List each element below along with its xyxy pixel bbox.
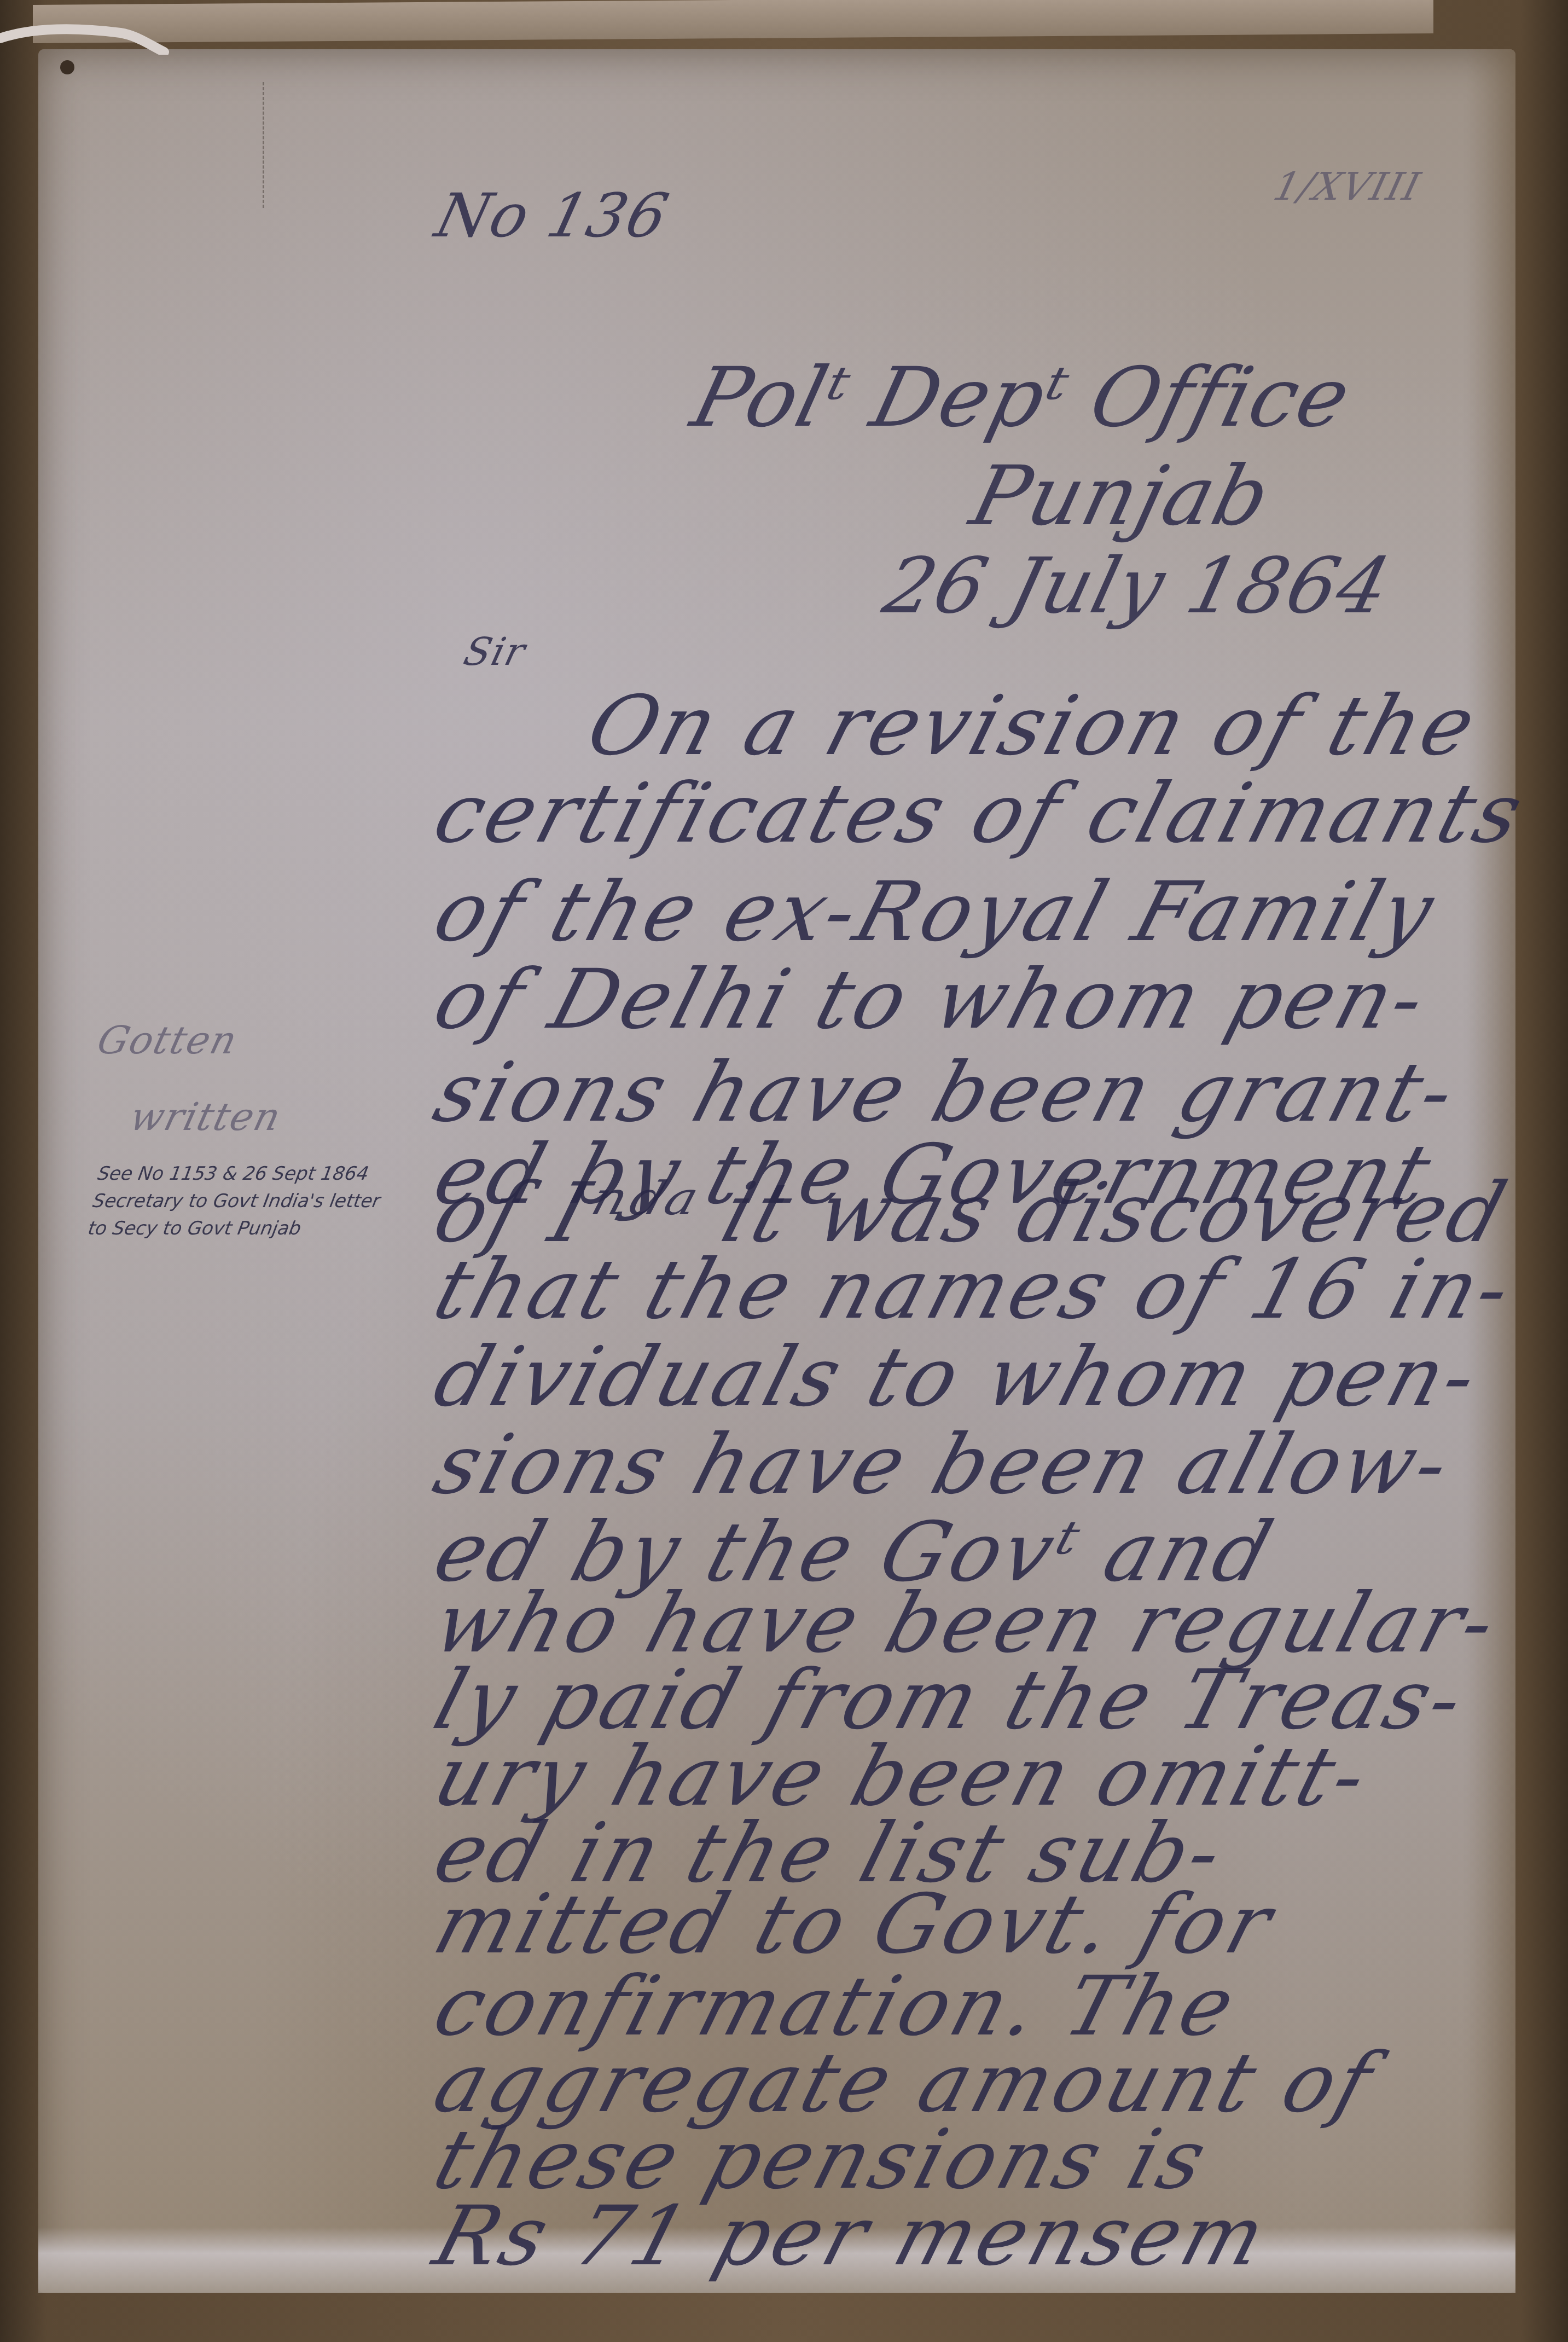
binding-hole xyxy=(60,60,74,74)
address-place: Punjab xyxy=(962,449,1280,544)
address-office: Polᵗ Depᵗ Office xyxy=(683,350,1360,445)
body-line: certificates of claimants xyxy=(424,766,1536,861)
margin-note-line: to Secy to Govt Punjab xyxy=(86,1215,430,1242)
body-line: sions have been allow- xyxy=(424,1417,1462,1512)
salutation: Sir xyxy=(460,629,531,674)
body-line: Rs 71 per mensem xyxy=(424,2189,1279,2284)
margin-reference-note: See No 1153 & 26 Sept 1864 Secretary to … xyxy=(86,1160,439,1242)
body-line: On a revision of the xyxy=(577,679,1489,774)
body-line: of the ex-Royal Family xyxy=(424,865,1447,960)
corner-annotation: 1/XVIII xyxy=(1269,164,1426,209)
binding-string-icon xyxy=(0,22,175,55)
fold-line xyxy=(263,82,265,208)
reference-number: No 136 xyxy=(429,181,676,251)
body-line: sions have been grant- xyxy=(424,1045,1468,1140)
body-line: that the names of 16 in- xyxy=(424,1242,1524,1337)
margin-pencil-note: Gotten xyxy=(93,1018,242,1063)
letter-date: 26 July 1864 xyxy=(875,542,1399,631)
body-line: of Delhi to whom pen- xyxy=(424,952,1438,1047)
body-line: dividuals to whom pen- xyxy=(424,1330,1490,1425)
body-line: mitted to Govt. for xyxy=(424,1877,1285,1972)
margin-pencil-note: written xyxy=(126,1094,286,1139)
margin-note-line: Secretary to Govt India's letter xyxy=(91,1187,435,1215)
margin-note-line: See No 1153 & 26 Sept 1864 xyxy=(95,1160,439,1187)
